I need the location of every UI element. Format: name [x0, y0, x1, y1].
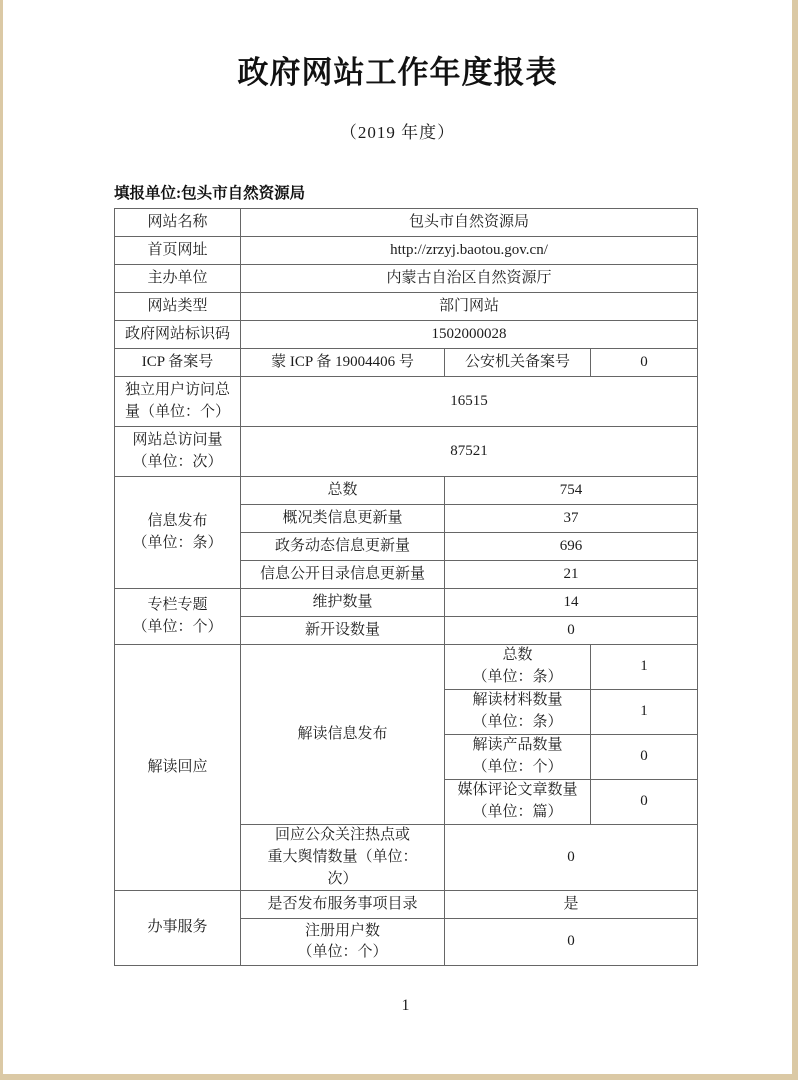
icp-label: ICP 备案号: [115, 349, 241, 377]
table-row: ICP 备案号 蒙 ICP 备 19004406 号 公安机关备案号 0: [115, 349, 698, 377]
organizer-label: 主办单位: [115, 265, 241, 293]
gov-news-update-label: 政务动态信息更新量: [241, 533, 445, 561]
interpretation-label: 解读回应: [115, 645, 241, 891]
reporting-unit-line: 填报单位:包头市自然资源局: [114, 181, 697, 203]
report-content: 填报单位:包头市自然资源局 网站名称 包头市自然资源局 首页网址 http://…: [114, 181, 697, 1015]
table-row: 政府网站标识码 1502000028: [115, 321, 698, 349]
table-row: 主办单位 内蒙古自治区自然资源厅: [115, 265, 698, 293]
disclosure-update-value: 21: [445, 561, 698, 589]
document-page: 政府网站工作年度报表 （2019 年度） 填报单位:包头市自然资源局 网站名称 …: [3, 0, 792, 1074]
info-release-total-label: 总数: [241, 477, 445, 505]
icp-value: 蒙 ICP 备 19004406 号: [241, 349, 445, 377]
new-columns-label: 新开设数量: [241, 617, 445, 645]
site-code-value: 1502000028: [241, 321, 698, 349]
table-row: 网站名称 包头市自然资源局: [115, 209, 698, 237]
table-row: 解读回应 解读信息发布 总数 （单位：条） 1: [115, 645, 698, 690]
service-directory-label: 是否发布服务事项目录: [241, 891, 445, 919]
table-row: 专栏专题 （单位：个） 维护数量 14: [115, 589, 698, 617]
overview-update-value: 37: [445, 505, 698, 533]
page-title: 政府网站工作年度报表: [3, 47, 792, 92]
annual-report-table: 网站名称 包头市自然资源局 首页网址 http://zrzyj.baotou.g…: [114, 208, 698, 966]
page-subtitle: （2019 年度）: [3, 118, 792, 143]
disclosure-update-label: 信息公开目录信息更新量: [241, 561, 445, 589]
gov-news-update-value: 696: [445, 533, 698, 561]
table-row: 独立用户访问总 量（单位：个） 16515: [115, 377, 698, 427]
table-row: 信息发布 （单位：条） 总数 754: [115, 477, 698, 505]
table-row: 网站总访问量 （单位：次） 87521: [115, 427, 698, 477]
overview-update-label: 概况类信息更新量: [241, 505, 445, 533]
info-release-total-value: 754: [445, 477, 698, 505]
interpretation-release-label: 解读信息发布: [241, 645, 445, 825]
interp-material-value: 1: [591, 690, 698, 735]
home-url-value: http://zrzyj.baotou.gov.cn/: [241, 237, 698, 265]
table-row: 网站类型 部门网站: [115, 293, 698, 321]
site-code-label: 政府网站标识码: [115, 321, 241, 349]
table-row: 首页网址 http://zrzyj.baotou.gov.cn/: [115, 237, 698, 265]
site-type-value: 部门网站: [241, 293, 698, 321]
services-label: 办事服务: [115, 891, 241, 966]
interp-product-value: 0: [591, 735, 698, 780]
media-comment-value: 0: [591, 780, 698, 825]
table-row: 办事服务 是否发布服务事项目录 是: [115, 891, 698, 919]
public-response-value: 0: [445, 825, 698, 891]
maintained-count-label: 维护数量: [241, 589, 445, 617]
site-type-label: 网站类型: [115, 293, 241, 321]
home-url-label: 首页网址: [115, 237, 241, 265]
police-record-label: 公安机关备案号: [445, 349, 591, 377]
page-number: 1: [114, 997, 697, 1015]
unique-visitors-value: 16515: [241, 377, 698, 427]
site-name-label: 网站名称: [115, 209, 241, 237]
interp-product-label: 解读产品数量 （单位：个）: [445, 735, 591, 780]
maintained-count-value: 14: [445, 589, 698, 617]
interp-total-label: 总数 （单位：条）: [445, 645, 591, 690]
info-release-label: 信息发布 （单位：条）: [115, 477, 241, 589]
registered-users-label: 注册用户数 （单位：个）: [241, 919, 445, 966]
registered-users-value: 0: [445, 919, 698, 966]
unique-visitors-label: 独立用户访问总 量（单位：个）: [115, 377, 241, 427]
organizer-value: 内蒙古自治区自然资源厅: [241, 265, 698, 293]
interp-total-value: 1: [591, 645, 698, 690]
site-name-value: 包头市自然资源局: [241, 209, 698, 237]
service-directory-value: 是: [445, 891, 698, 919]
interp-material-label: 解读材料数量 （单位：条）: [445, 690, 591, 735]
total-visits-value: 87521: [241, 427, 698, 477]
media-comment-label: 媒体评论文章数量 （单位：篇）: [445, 780, 591, 825]
public-response-label: 回应公众关注热点或 重大舆情数量（单位： 次）: [241, 825, 445, 891]
special-columns-label: 专栏专题 （单位：个）: [115, 589, 241, 645]
total-visits-label: 网站总访问量 （单位：次）: [115, 427, 241, 477]
new-columns-value: 0: [445, 617, 698, 645]
police-record-value: 0: [591, 349, 698, 377]
